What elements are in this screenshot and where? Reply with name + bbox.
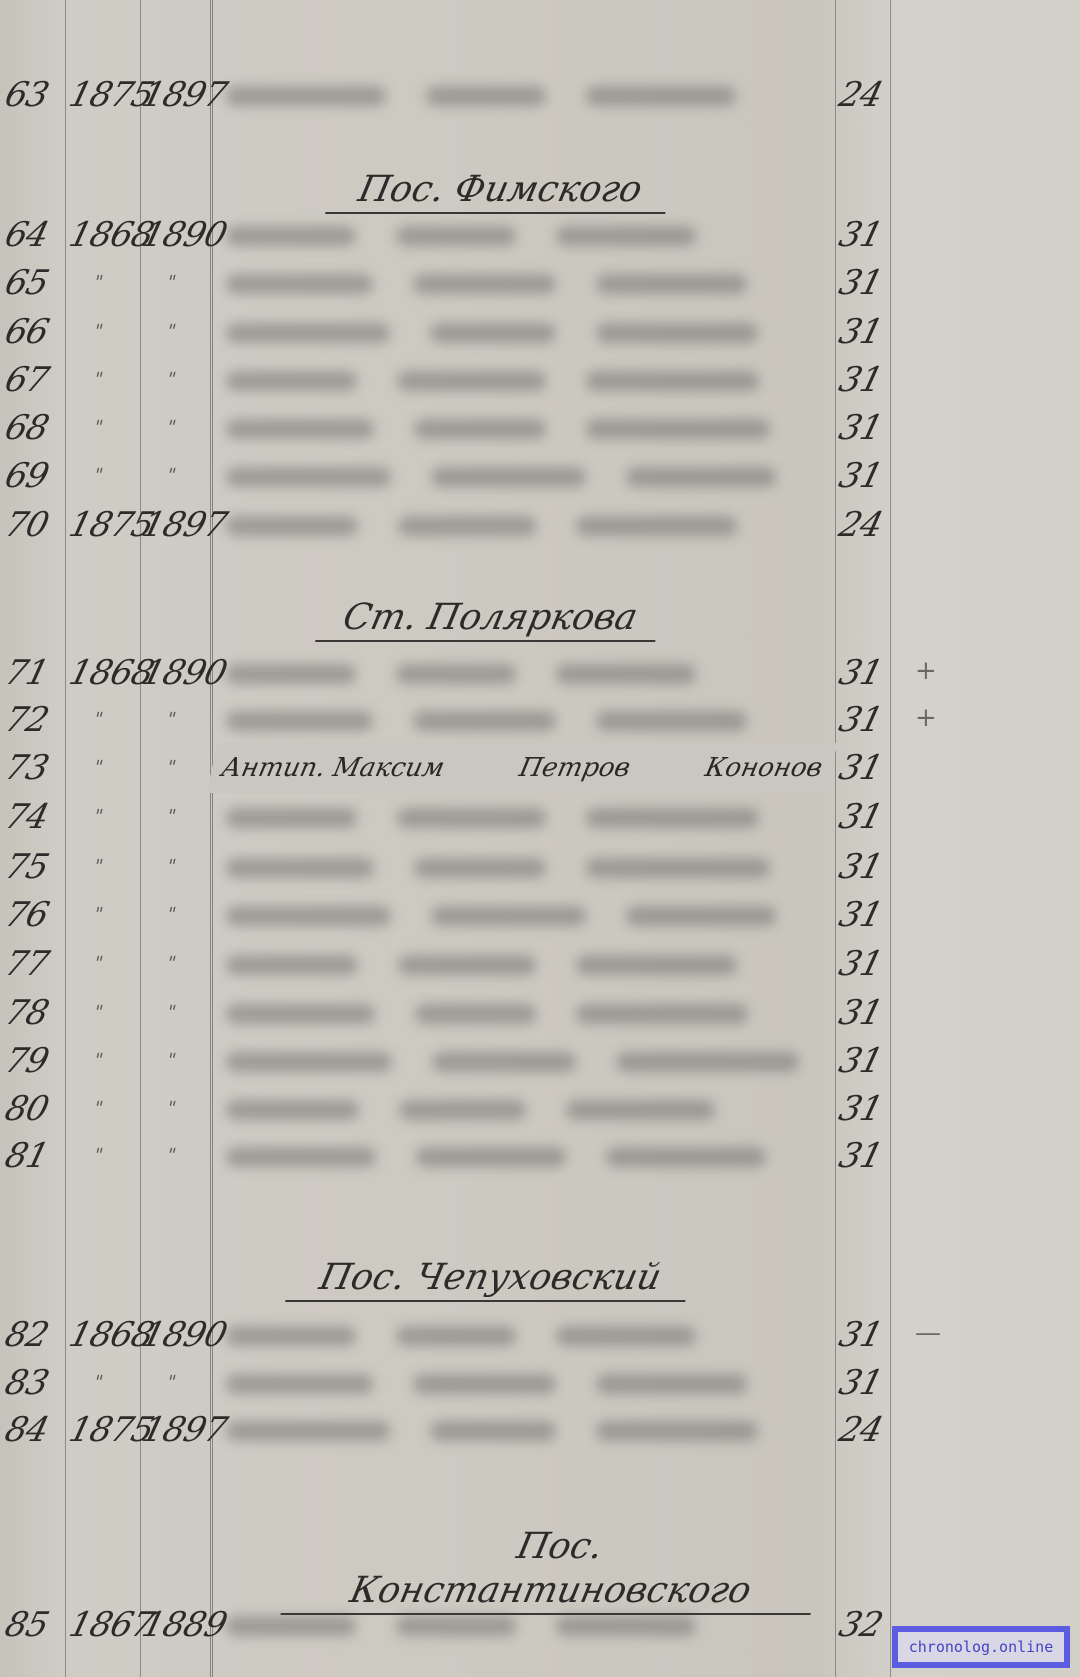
row-number: 84 xyxy=(0,1405,70,1455)
blurred-name xyxy=(216,216,836,256)
row-number: 83 xyxy=(0,1358,70,1408)
age: 31 xyxy=(834,988,906,1038)
name-visible: Антип. МаксимПетровКононов xyxy=(207,743,838,793)
age: 31 xyxy=(834,743,906,793)
table-row: 65""31 xyxy=(0,258,1080,308)
blurred-name xyxy=(216,798,836,838)
table-row: 67""31 xyxy=(0,355,1080,405)
row-number: 67 xyxy=(0,355,70,405)
table-row: 72""31+ xyxy=(0,695,1080,745)
age: 32 xyxy=(834,1600,906,1650)
age: 31 xyxy=(834,258,906,308)
blurred-name xyxy=(216,1364,836,1404)
row-number: 81 xyxy=(0,1131,70,1181)
blurred-name xyxy=(216,1411,836,1451)
age: 31 xyxy=(834,842,906,892)
row-number: 77 xyxy=(0,939,70,989)
age: 31 xyxy=(834,695,906,745)
year: 1890 xyxy=(137,648,217,698)
margin-mark: + xyxy=(915,703,937,733)
birth-year: 1875 xyxy=(64,70,146,120)
table-row: 81""31 xyxy=(0,1131,1080,1181)
table-row: 77""31 xyxy=(0,939,1080,989)
birth-year: 1868 xyxy=(64,210,146,260)
blurred-name xyxy=(216,76,836,116)
blurred-name xyxy=(216,457,836,497)
name-patronymic: Петров xyxy=(514,743,635,793)
year: 1897 xyxy=(137,1405,217,1455)
age: 24 xyxy=(834,1405,906,1455)
year: 1897 xyxy=(137,70,217,120)
margin-mark: + xyxy=(915,656,937,686)
table-row: 83""31 xyxy=(0,1358,1080,1408)
age: 31 xyxy=(834,1084,906,1134)
blurred-name xyxy=(216,701,836,741)
table-row: 63 1875 1897 24 xyxy=(0,70,1080,120)
section-heading: Пос. Чепуховский xyxy=(285,1256,695,1302)
row-number: 65 xyxy=(0,258,70,308)
blurred-name xyxy=(216,1316,836,1356)
table-row: 821868189031— xyxy=(0,1310,1080,1360)
table-row: 68""31 xyxy=(0,403,1080,453)
row-number: 82 xyxy=(0,1310,70,1360)
row-number: 76 xyxy=(0,890,70,940)
blurred-name xyxy=(216,1042,836,1082)
year: 1889 xyxy=(137,1600,217,1650)
age: 24 xyxy=(834,500,906,550)
blurred-name xyxy=(216,994,836,1034)
table-row: 80""31 xyxy=(0,1084,1080,1134)
section-heading: Пос. Фимского xyxy=(325,168,675,214)
table-row: 851867188932 xyxy=(0,1600,1080,1650)
blurred-name xyxy=(216,896,836,936)
year: 1890 xyxy=(137,210,217,260)
age: 31 xyxy=(834,890,906,940)
blurred-name xyxy=(216,409,836,449)
table-row: 66""31 xyxy=(0,307,1080,357)
row-number: 66 xyxy=(0,307,70,357)
year: 1890 xyxy=(137,1310,217,1360)
year: 1897 xyxy=(137,500,217,550)
row-number: 74 xyxy=(0,792,70,842)
blurred-name xyxy=(216,848,836,888)
blurred-name xyxy=(216,264,836,304)
row-number: 71 xyxy=(0,648,70,698)
row-number: 80 xyxy=(0,1084,70,1134)
row-number: 64 xyxy=(0,210,70,260)
blurred-name xyxy=(216,361,836,401)
birth-year: 1868 xyxy=(64,1310,146,1360)
birth-year: 1875 xyxy=(64,500,146,550)
blurred-name xyxy=(216,506,836,546)
blurred-name xyxy=(216,945,836,985)
row-number: 79 xyxy=(0,1036,70,1086)
blurred-name xyxy=(216,313,836,353)
table-row: 641868189031 xyxy=(0,210,1080,260)
row-number: 72 xyxy=(0,695,70,745)
table-row: 74""31 xyxy=(0,792,1080,842)
row-number: 78 xyxy=(0,988,70,1038)
blurred-name xyxy=(216,654,836,694)
age: 31 xyxy=(834,648,906,698)
age: 31 xyxy=(834,210,906,260)
birth-year: 1875 xyxy=(64,1405,146,1455)
age: 31 xyxy=(834,792,906,842)
age: 31 xyxy=(834,1310,906,1360)
age: 31 xyxy=(834,307,906,357)
register-page: 63 1875 1897 24 Пос. Фимского Ст. Полярк… xyxy=(0,0,1080,1677)
margin-mark: — xyxy=(915,1318,941,1348)
table-row: 75""31 xyxy=(0,842,1080,892)
section-heading: Ст. Полярковa xyxy=(315,596,665,642)
row-number: 63 xyxy=(0,70,70,120)
table-row: 73""Антип. МаксимПетровКононов31 xyxy=(0,743,1080,793)
table-row: 701875189724 xyxy=(0,500,1080,550)
birth-year: 1867 xyxy=(64,1600,146,1650)
name-first: Антип. Максим xyxy=(217,743,450,793)
row-number: 75 xyxy=(0,842,70,892)
table-row: 76""31 xyxy=(0,890,1080,940)
age: 24 xyxy=(834,70,906,120)
row-number: 68 xyxy=(0,403,70,453)
age: 31 xyxy=(834,1131,906,1181)
row-number: 69 xyxy=(0,451,70,501)
age: 31 xyxy=(834,451,906,501)
row-number: 85 xyxy=(0,1600,70,1650)
birth-year: 1868 xyxy=(64,648,146,698)
age: 31 xyxy=(834,355,906,405)
row-number: 70 xyxy=(0,500,70,550)
age: 31 xyxy=(834,403,906,453)
age: 31 xyxy=(834,939,906,989)
age: 31 xyxy=(834,1358,906,1408)
table-row: 78""31 xyxy=(0,988,1080,1038)
blurred-name xyxy=(216,1137,836,1177)
table-row: 69""31 xyxy=(0,451,1080,501)
blurred-name xyxy=(216,1090,836,1130)
row-number: 73 xyxy=(0,743,70,793)
table-row: 79""31 xyxy=(0,1036,1080,1086)
age: 31 xyxy=(834,1036,906,1086)
name-surname: Кононов xyxy=(700,743,827,793)
table-row: 841875189724 xyxy=(0,1405,1080,1455)
blurred-name xyxy=(216,1606,836,1646)
table-row: 711868189031+ xyxy=(0,648,1080,698)
